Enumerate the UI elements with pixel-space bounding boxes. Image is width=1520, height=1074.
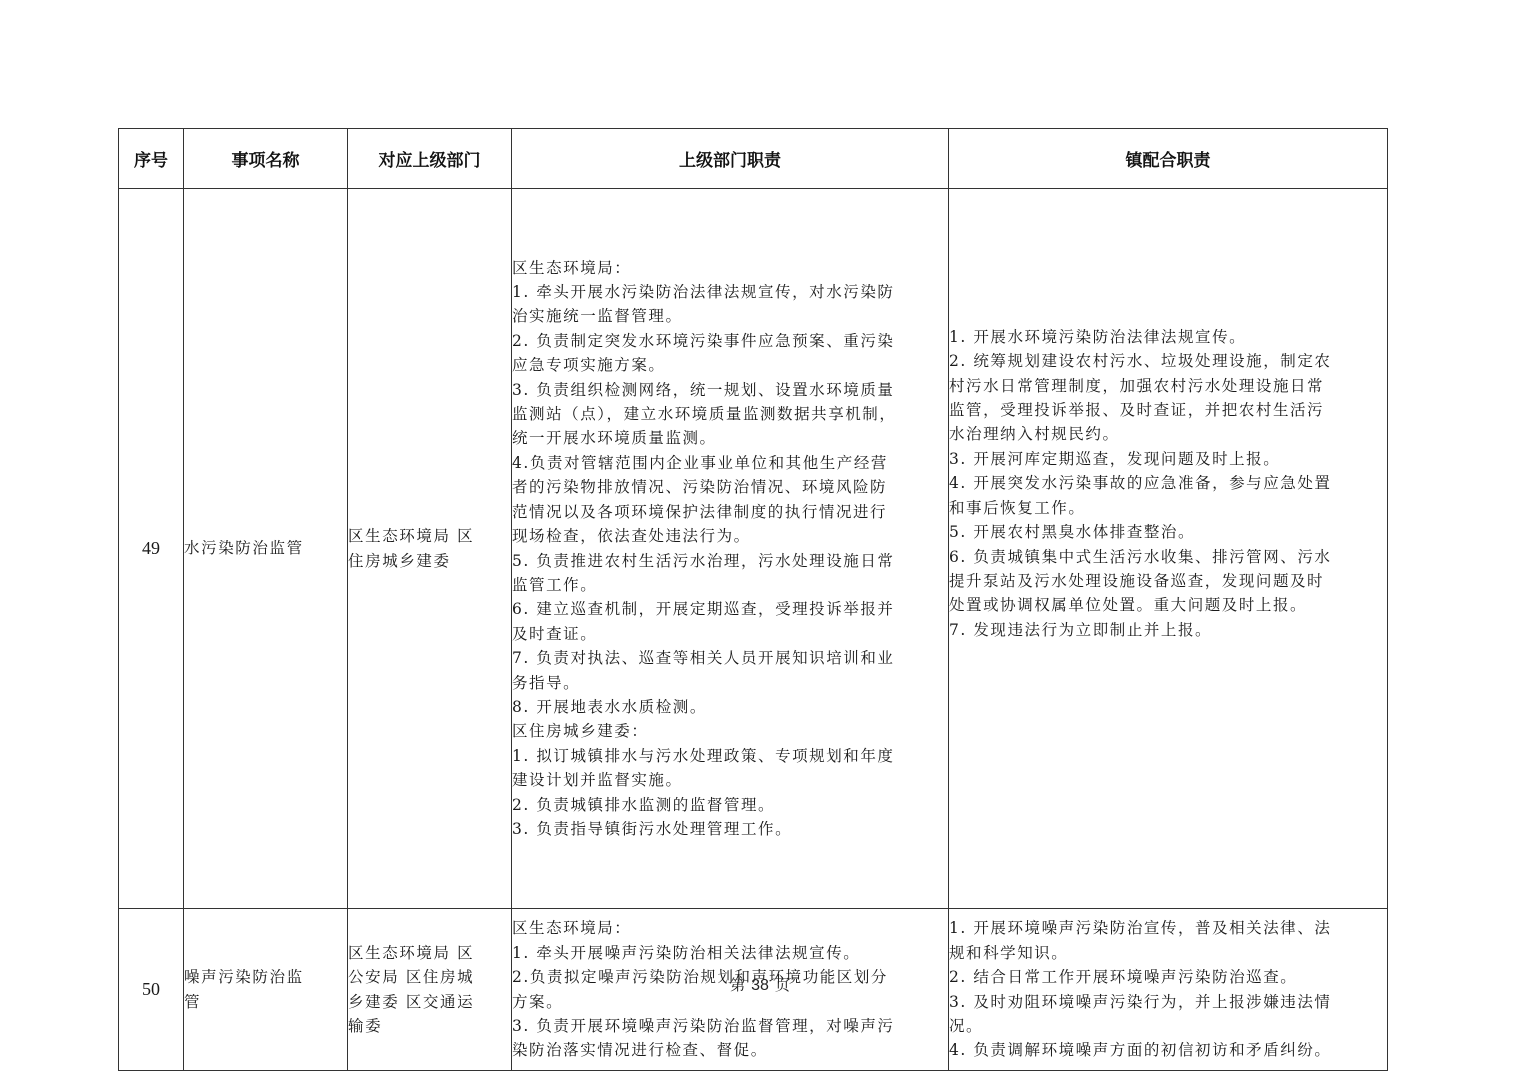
duty-line: 1. 开展环境噪声污染防治宣传，普及相关法律、法: [949, 916, 1387, 940]
duty-line: 3. 负责组织检测网络，统一规划、设置水环境质量: [512, 378, 948, 402]
duty-line: 应急专项实施方案。: [512, 353, 948, 377]
duty-line: 5. 开展农村黑臭水体排查整治。: [949, 520, 1387, 544]
duty-line: 和事后恢复工作。: [949, 496, 1387, 520]
duty-line: 村污水日常管理制度，加强农村污水处理设施日常: [949, 374, 1387, 398]
duty-line: 2. 负责制定突发水环境污染事件应急预案、重污染: [512, 329, 948, 353]
duty-line: 范情况以及各项环境保护法律制度的执行情况进行: [512, 500, 948, 524]
page-prefix: 第: [730, 976, 745, 994]
duty-line: 1. 牵头开展噪声污染防治相关法律法规宣传。: [512, 941, 948, 965]
header-superior-department: 对应上级部门: [348, 129, 512, 189]
duty-line: 规和科学知识。: [949, 941, 1387, 965]
duty-line: 及时查证。: [512, 622, 948, 646]
duty-line: 4. 开展突发水污染事故的应急准备，参与应急处置: [949, 471, 1387, 495]
department-line: 住房城乡建委: [348, 549, 511, 574]
duty-line: 区住房城乡建委：: [512, 719, 948, 743]
duty-line: 7. 发现违法行为立即制止并上报。: [949, 618, 1387, 642]
duty-line: 处置或协调权属单位处置。重大问题及时上报。: [949, 593, 1387, 617]
duty-line: 3. 负责指导镇街污水处理管理工作。: [512, 817, 948, 841]
page-footer: 第38页: [0, 974, 1520, 995]
header-item-name: 事项名称: [184, 129, 348, 189]
duty-line: 1. 牵头开展水污染防治法律法规宣传，对水污染防: [512, 280, 948, 304]
header-superior-duties: 上级部门职责: [512, 129, 949, 189]
table-row: 49 水污染防治监管 区生态环境局 区 住房城乡建委 区生态环境局：1. 牵头开…: [119, 189, 1388, 909]
duty-line: 建设计划并监督实施。: [512, 768, 948, 792]
duty-line: 现场检查，依法查处违法行为。: [512, 524, 948, 548]
table-header-row: 序号 事项名称 对应上级部门 上级部门职责 镇配合职责: [119, 129, 1388, 189]
duty-line: 监管工作。: [512, 573, 948, 597]
duty-line: 1. 拟订城镇排水与污水处理政策、专项规划和年度: [512, 744, 948, 768]
duty-line: 1. 开展水环境污染防治法律法规宣传。: [949, 325, 1387, 349]
duty-line: 监测站（点），建立水环境质量监测数据共享机制，: [512, 402, 948, 426]
duty-line: 染防治落实情况进行检查、督促。: [512, 1038, 948, 1062]
row-departments: 区生态环境局 区 住房城乡建委: [348, 189, 512, 909]
duty-line: 水治理纳入村规民约。: [949, 422, 1387, 446]
duty-line: 8. 开展地表水水质检测。: [512, 695, 948, 719]
row-item-name: 水污染防治监管: [184, 189, 348, 909]
duty-line: 区生态环境局：: [512, 256, 948, 280]
header-serial: 序号: [119, 129, 184, 189]
duty-line: 7. 负责对执法、巡查等相关人员开展知识培训和业: [512, 646, 948, 670]
duty-line: 6. 负责城镇集中式生活污水收集、排污管网、污水: [949, 545, 1387, 569]
page-number: 38: [751, 977, 769, 994]
duty-line: 监管，受理投诉举报、及时查证，并把农村生活污: [949, 398, 1387, 422]
row-serial: 49: [119, 189, 184, 909]
responsibility-table: 序号 事项名称 对应上级部门 上级部门职责 镇配合职责 49 水污染防治监管 区…: [118, 128, 1388, 1071]
department-line: 输委: [348, 1014, 511, 1039]
duty-line: 5. 负责推进农村生活污水治理，污水处理设施日常: [512, 549, 948, 573]
department-line: 区生态环境局 区: [348, 941, 511, 966]
page-suffix: 页: [775, 976, 790, 994]
duty-line: 3. 开展河库定期巡查，发现问题及时上报。: [949, 447, 1387, 471]
duty-line: 况。: [949, 1014, 1387, 1038]
department-line: 区生态环境局 区: [348, 524, 511, 549]
duty-line: 提升泵站及污水处理设施设备巡查，发现问题及时: [949, 569, 1387, 593]
duty-line: 务指导。: [512, 671, 948, 695]
duty-line: 3. 负责开展环境噪声污染防治监督管理，对噪声污: [512, 1014, 948, 1038]
duty-line: 者的污染物排放情况、污染防治情况、环境风险防: [512, 475, 948, 499]
row-town-duties: 1. 开展水环境污染防治法律法规宣传。2. 统筹规划建设农村污水、垃圾处理设施，…: [949, 189, 1388, 909]
duty-line: 4.负责对管辖范围内企业事业单位和其他生产经营: [512, 451, 948, 475]
duty-line: 2. 负责城镇排水监测的监督管理。: [512, 793, 948, 817]
duty-line: 2. 统筹规划建设农村污水、垃圾处理设施，制定农: [949, 349, 1387, 373]
duty-line: 区生态环境局：: [512, 916, 948, 940]
row-superior-duties: 区生态环境局：1. 牵头开展水污染防治法律法规宣传，对水污染防治实施统一监督管理…: [512, 189, 949, 909]
duty-line: 治实施统一监督管理。: [512, 304, 948, 328]
duty-line: 6. 建立巡查机制，开展定期巡查，受理投诉举报并: [512, 597, 948, 621]
duty-line: 4. 负责调解环境噪声方面的初信初访和矛盾纠纷。: [949, 1038, 1387, 1062]
duty-line: 统一开展水环境质量监测。: [512, 426, 948, 450]
header-town-duties: 镇配合职责: [949, 129, 1388, 189]
